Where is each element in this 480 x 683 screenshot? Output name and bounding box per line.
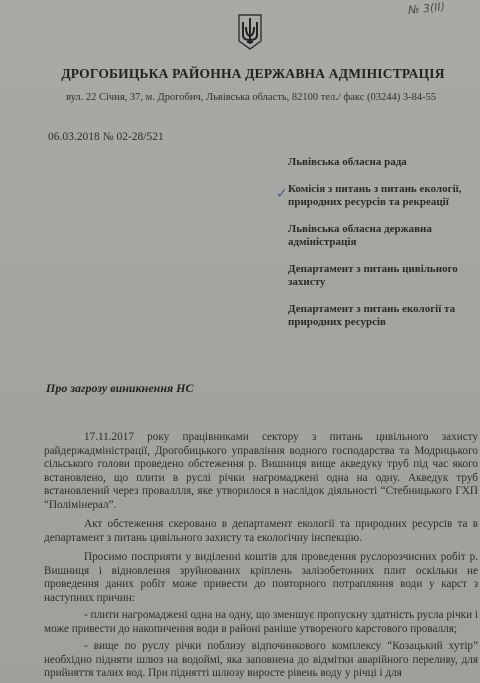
letter-subject: Про загрозу виникнення НС [46, 381, 194, 396]
document-reference: 06.03.2018 № 02-28/521 [48, 131, 164, 143]
body-list-item: - плити нагромаджені одна на одну, що зм… [44, 609, 478, 636]
body-list-item: - вище по руслу річки поблизу відпочинко… [44, 640, 478, 681]
trident-coat-of-arms-icon [237, 13, 263, 51]
recipient: Комісія з питань з питань екології, прир… [288, 183, 478, 210]
body-paragraph: 17.11.2017 року працівниками сектору з п… [44, 431, 478, 512]
recipient: Департамент з питань цивільного захисту [288, 263, 478, 290]
recipients-block: Львівська обласна рада Комісія з питань … [288, 156, 478, 343]
recipient: Львівська обласна рада [288, 156, 478, 170]
organization-title: ДРОГОБИЦЬКА РАЙОННА ДЕРЖАВНА АДМІНІСТРАЦ… [0, 66, 480, 82]
body-paragraph: Акт обстеження скеровано в департамент е… [44, 518, 478, 545]
body-paragraph: Просимо посприяти у виділенні коштів для… [44, 551, 478, 605]
letter-body: 17.11.2017 року працівниками сектору з п… [44, 431, 478, 683]
organization-address: вул. 22 Січня, 37, м. Дрогобич, Львівськ… [66, 92, 476, 103]
recipient: Львівська обласна державна адміністрація [288, 223, 478, 250]
checkmark-icon: ✓ [276, 186, 288, 202]
handwritten-note: № 3(II) [407, 0, 445, 17]
recipient: Департамент з питань екології та природн… [288, 303, 478, 330]
